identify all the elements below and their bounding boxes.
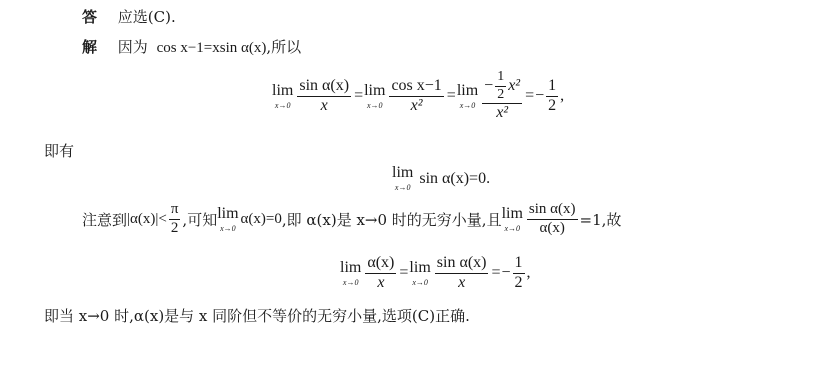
limit-operator: limx→0 [217,206,238,233]
fraction: sin α(x)x [435,255,489,292]
punctuation: , [560,87,564,105]
fraction: α(x)x [365,255,396,292]
equation-2-expr: sin α(x)=0. [419,170,490,188]
fraction: 12 [513,255,525,292]
equals-sign: = [447,87,456,105]
punctuation: , [527,264,531,282]
equation-2: limx→0 sin α(x)=0. [392,165,490,192]
answer-line: 答 应选(C). [82,6,176,27]
equals-sign: = [525,87,534,105]
line-3-text: 注意到 [82,209,127,230]
limit-operator: limx→0 [272,83,293,110]
fraction: cos x−1x² [389,78,443,115]
solution-label: 解 [82,38,97,56]
answer-label: 答 [82,8,97,26]
limit-operator: limx→0 [340,260,361,287]
equation-1: limx→0 sin α(x)x = limx→0 cos x−1x² = li… [272,70,564,122]
fraction: sin α(x)α(x) [527,202,578,237]
equals-sign: = [491,264,500,282]
line-3-text: ,可知 [182,209,217,230]
solution-line-1: 解 因为 cos x−1=xsin α(x),所以 [82,36,301,57]
line-3-text: ,即 α(x)是 x→0 时的无穷小量,且 [282,209,502,230]
fraction: 12 [546,78,558,115]
limit-expr: α(x)=0 [241,211,282,228]
solution-formula: cos x−1=xsin α(x) [157,40,267,56]
limit-operator: limx→0 [392,165,413,192]
conclusion: 即当 x→0 时,α(x)是与 x 同阶但不等价的无穷小量,选项(C)正确. [44,305,470,326]
limit-operator: limx→0 [409,260,430,287]
limit-operator: limx→0 [364,83,385,110]
limit-operator: limx→0 [457,83,478,110]
answer-text: 应选(C). [118,8,176,26]
fraction: π2 [169,202,181,237]
equals-sign: = [399,264,408,282]
line-3-text: =1,故 [580,209,622,230]
minus-sign: − [535,87,544,105]
line-3: 注意到 |α(x)|< π2 ,可知 limx→0 α(x)=0 ,即 α(x)… [82,202,621,237]
fraction: − 12 x² x² [482,70,522,122]
solution-prefix: 因为 [118,38,148,56]
equation-3: limx→0 α(x)x = limx→0 sin α(x)x = − 12 , [340,255,531,292]
line-2: 即有 [44,140,74,161]
solution-suffix: ,所以 [266,38,301,56]
abs-expr: |α(x)|< [127,211,167,228]
minus-sign: − [502,264,511,282]
equals-sign: = [354,87,363,105]
fraction: sin α(x)x [297,78,351,115]
limit-operator: limx→0 [502,206,523,233]
